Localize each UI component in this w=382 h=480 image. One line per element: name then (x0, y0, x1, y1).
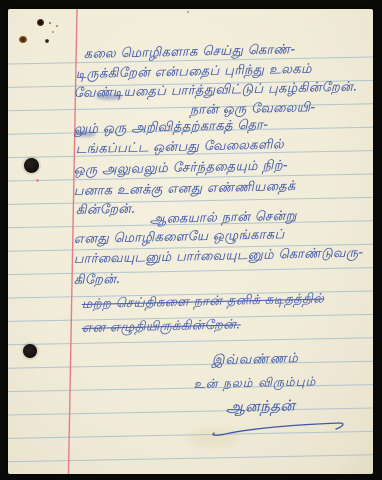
speck-red (36, 179, 39, 182)
speck-gray (187, 11, 189, 13)
signature: ஆனந்தன் (226, 398, 296, 415)
handwritten-line: நான் ஒரு வேலையி- (190, 100, 316, 118)
signature-flourish (208, 421, 353, 437)
closing-salutation: இவ்வண்ணம் (212, 351, 299, 368)
hole-punch-top (24, 158, 39, 173)
speck (49, 22, 51, 24)
ink-stain-brown (19, 36, 27, 43)
ink-stain-dark (37, 19, 44, 26)
speck (52, 31, 54, 33)
ink-stain-small (45, 39, 49, 43)
letter-page: கலை மொழிகளாக செய்து கொண்- டிருக்கிறேன் எ… (8, 9, 373, 474)
speck (56, 25, 58, 27)
handwritten-line: கின்றேன். (76, 202, 136, 218)
closing-wellwisher: உன் நலம் விரும்பும் (194, 374, 317, 392)
hole-punch-bottom (23, 344, 37, 358)
handwritten-line: கிறேன். (74, 272, 121, 288)
